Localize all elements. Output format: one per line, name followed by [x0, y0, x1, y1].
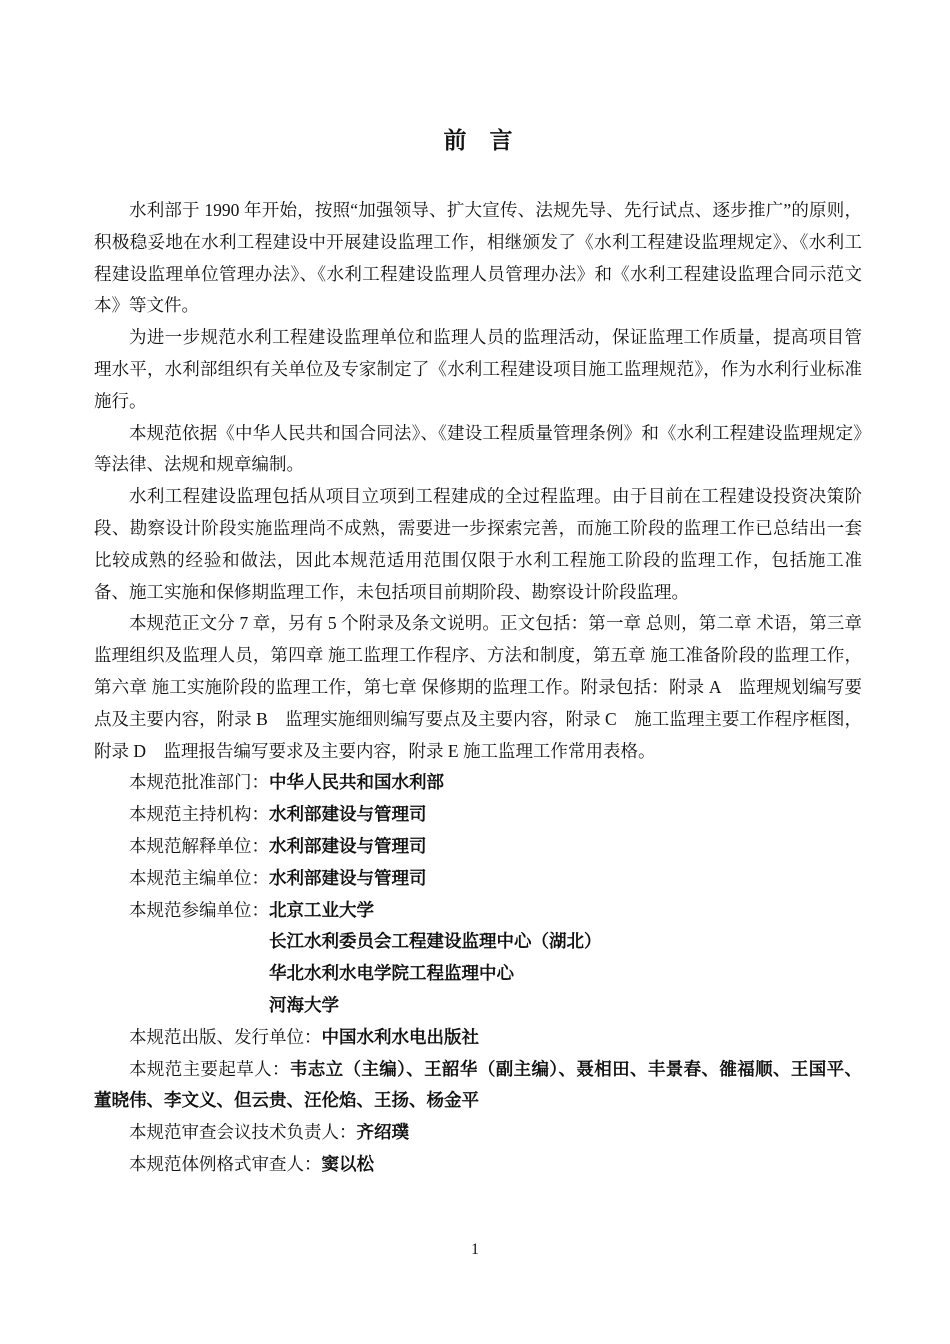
info-label: 本规范主编单位：: [129, 868, 269, 888]
info-value: 水利部建设与管理司: [269, 804, 427, 824]
info-item-co-editor-units: 本规范参编单位：北京工业大学: [94, 895, 862, 927]
info-label: 本规范出版、发行单位：: [129, 1027, 322, 1047]
info-item-drafters: 本规范主要起草人：韦志立（主编）、王韶华（副主编）、聂相田、丰景春、雒福顺、王国…: [94, 1054, 862, 1118]
paragraph-1: 水利部于 1990 年开始，按照“加强领导、扩大宣传、法规先导、先行试点、逐步推…: [94, 195, 862, 322]
co-editor-unit-line: 河海大学: [269, 990, 862, 1022]
info-value: 中国水利水电出版社: [322, 1027, 480, 1047]
info-label: 本规范体例格式审查人：: [129, 1154, 322, 1174]
info-item-host-org: 本规范主持机构：水利部建设与管理司: [94, 799, 862, 831]
info-label: 本规范主要起草人：: [129, 1059, 290, 1079]
co-editor-unit-line: 华北水利水电学院工程监理中心: [269, 958, 862, 990]
info-value: 中华人民共和国水利部: [269, 772, 444, 792]
document-page: 前 言 水利部于 1990 年开始，按照“加强领导、扩大宣传、法规先导、先行试点…: [0, 0, 950, 1344]
document-content: 前 言 水利部于 1990 年开始，按照“加强领导、扩大宣传、法规先导、先行试点…: [94, 0, 862, 1181]
info-item-interpretation-unit: 本规范解释单位：水利部建设与管理司: [94, 831, 862, 863]
page-title: 前 言: [94, 125, 862, 155]
info-label: 本规范参编单位：: [129, 900, 269, 920]
co-editor-unit-line: 长江水利委员会工程建设监理中心（湖北）: [269, 926, 862, 958]
info-item-approval-dept: 本规范批准部门：中华人民共和国水利部: [94, 767, 862, 799]
info-value: 齐绍璞: [357, 1122, 410, 1142]
paragraph-5: 本规范正文分 7 章，另有 5 个附录及条文说明。正文包括：第一章 总则，第二章…: [94, 608, 862, 767]
page-number: 1: [0, 1240, 950, 1260]
info-item-format-reviewer: 本规范体例格式审查人：窦以松: [94, 1149, 862, 1181]
info-label: 本规范主持机构：: [129, 804, 269, 824]
info-value: 北京工业大学: [269, 900, 374, 920]
info-label: 本规范审查会议技术负责人：: [129, 1122, 357, 1142]
info-item-chief-editor-unit: 本规范主编单位：水利部建设与管理司: [94, 863, 862, 895]
info-value: 窦以松: [322, 1154, 375, 1174]
paragraph-3: 本规范依据《中华人民共和国合同法》、《建设工程质量管理条例》和《水利工程建设监理…: [94, 418, 862, 482]
info-label: 本规范批准部门：: [129, 772, 269, 792]
info-item-review-tech-lead: 本规范审查会议技术负责人：齐绍璞: [94, 1117, 862, 1149]
info-label: 本规范解释单位：: [129, 836, 269, 856]
info-value: 水利部建设与管理司: [269, 868, 427, 888]
info-value: 水利部建设与管理司: [269, 836, 427, 856]
paragraph-2: 为进一步规范水利工程建设监理单位和监理人员的监理活动，保证监理工作质量，提高项目…: [94, 322, 862, 417]
paragraph-4: 水利工程建设监理包括从项目立项到工程建成的全过程监理。由于目前在工程建设投资决策…: [94, 481, 862, 608]
info-item-publisher: 本规范出版、发行单位：中国水利水电出版社: [94, 1022, 862, 1054]
